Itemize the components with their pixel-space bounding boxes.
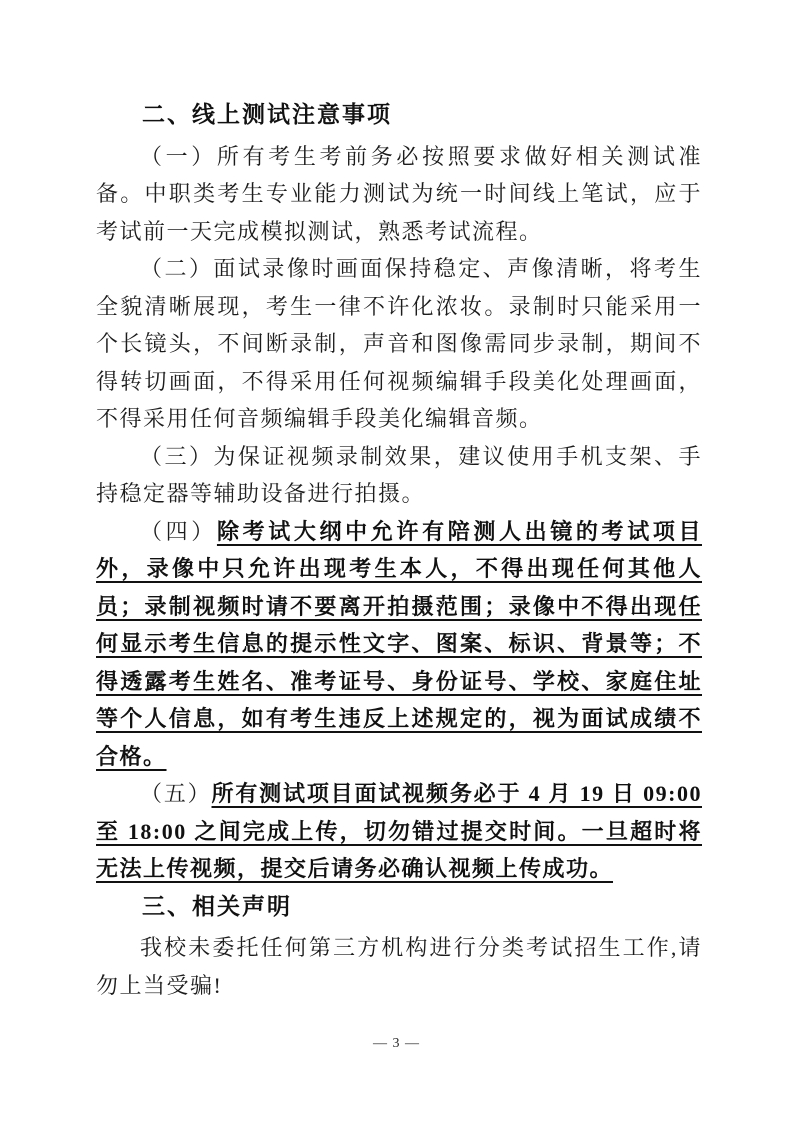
page-number: — 3 —	[0, 1036, 793, 1052]
item-1-preparation: （一）所有考生考前务必按照要求做好相关测试准备。中职类考生专业能力测试为统一时间…	[96, 138, 702, 251]
text-run: （五）	[140, 781, 212, 806]
item-3-equipment-advice: （三）为保证视频录制效果，建议使用手机支架、手持稳定器等辅助设备进行拍摄。	[96, 438, 702, 513]
text-run: （一）所有考生考前务必按照要求做好相关测试准备。中职类考生专业能力测试为统一时间…	[96, 144, 702, 244]
statement-no-third-party: 我校未委托任何第三方机构进行分类考试招生工作,请勿上当受骗!	[96, 929, 702, 1004]
section-heading-online-test-notes: 二、线上测试注意事项	[96, 96, 702, 134]
item-5-upload-deadline: （五）所有测试项目面试视频务必于 4 月 19 日 09:00 至 18:00 …	[96, 775, 702, 888]
text-run: （三）为保证视频录制效果，建议使用手机支架、手持稳定器等辅助设备进行拍摄。	[96, 444, 702, 507]
item-2-recording-requirements: （二）面试录像时画面保持稳定、声像清晰，将考生全貌清晰展现，考生一律不许化浓妆。…	[96, 250, 702, 438]
section-heading-statement: 三、相关声明	[96, 888, 702, 926]
item-4-privacy-rules: （四）除考试大纲中允许有陪测人出镜的考试项目外，录像中只允许出现考生本人，不得出…	[96, 513, 702, 776]
text-run: 我校未委托任何第三方机构进行分类考试招生工作,请勿上当受骗!	[96, 935, 702, 998]
emphasized-text-run: 除考试大纲中允许有陪测人出镜的考试项目外，录像中只允许出现考生本人，不得出现任何…	[96, 519, 702, 769]
document-page: 二、线上测试注意事项（一）所有考生考前务必按照要求做好相关测试准备。中职类考生专…	[0, 0, 793, 1122]
document-body: 二、线上测试注意事项（一）所有考生考前务必按照要求做好相关测试准备。中职类考生专…	[96, 96, 702, 1004]
text-run: 三、相关声明	[142, 893, 292, 919]
text-run: （四）	[140, 519, 217, 544]
text-run: 二、线上测试注意事项	[142, 101, 392, 127]
text-run: （二）面试录像时画面保持稳定、声像清晰，将考生全貌清晰展现，考生一律不许化浓妆。…	[96, 256, 702, 431]
